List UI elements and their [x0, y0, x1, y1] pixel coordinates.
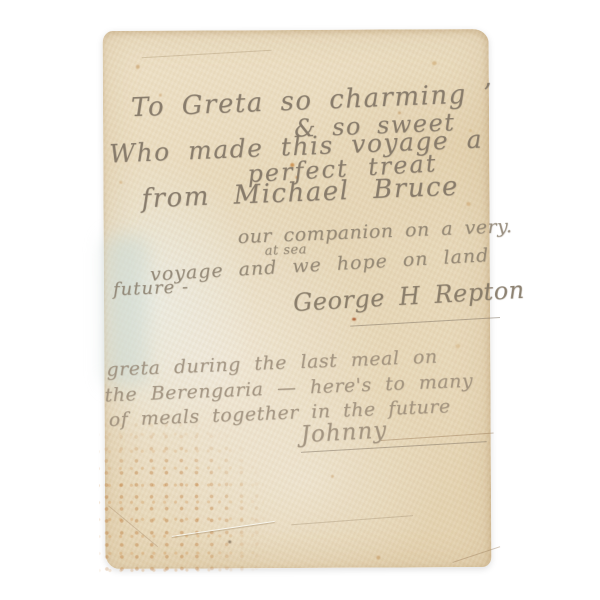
foxing-spot — [466, 202, 470, 206]
inscription-repton-line3: future - — [113, 276, 190, 300]
signature-george-repton: George H Repton — [292, 276, 525, 317]
foxing-spot — [352, 318, 356, 321]
foxing-spot — [228, 540, 231, 543]
signature-johnny: Johnny — [300, 417, 388, 448]
foxing-spot — [331, 475, 334, 478]
crease-line — [452, 546, 500, 563]
crease-line — [142, 50, 272, 58]
signature-michael-bruce: from Michael Bruce — [141, 172, 460, 215]
foxing-cluster — [99, 418, 265, 574]
autograph-page: To Greta so charming ’ & so sweet Who ma… — [103, 29, 492, 569]
foxing-spot — [432, 61, 437, 65]
crease-line — [381, 433, 494, 441]
foxing-spot — [119, 181, 122, 184]
inscription-repton-line2: voyage and we hope on land — [149, 244, 489, 286]
foxing-spot — [136, 65, 140, 69]
photo-stage: To Greta so charming ’ & so sweet Who ma… — [0, 0, 600, 600]
signature-flourish — [350, 317, 500, 327]
foxing-spot — [455, 344, 460, 348]
crease-line — [291, 515, 413, 525]
foxing-spot — [376, 556, 380, 560]
